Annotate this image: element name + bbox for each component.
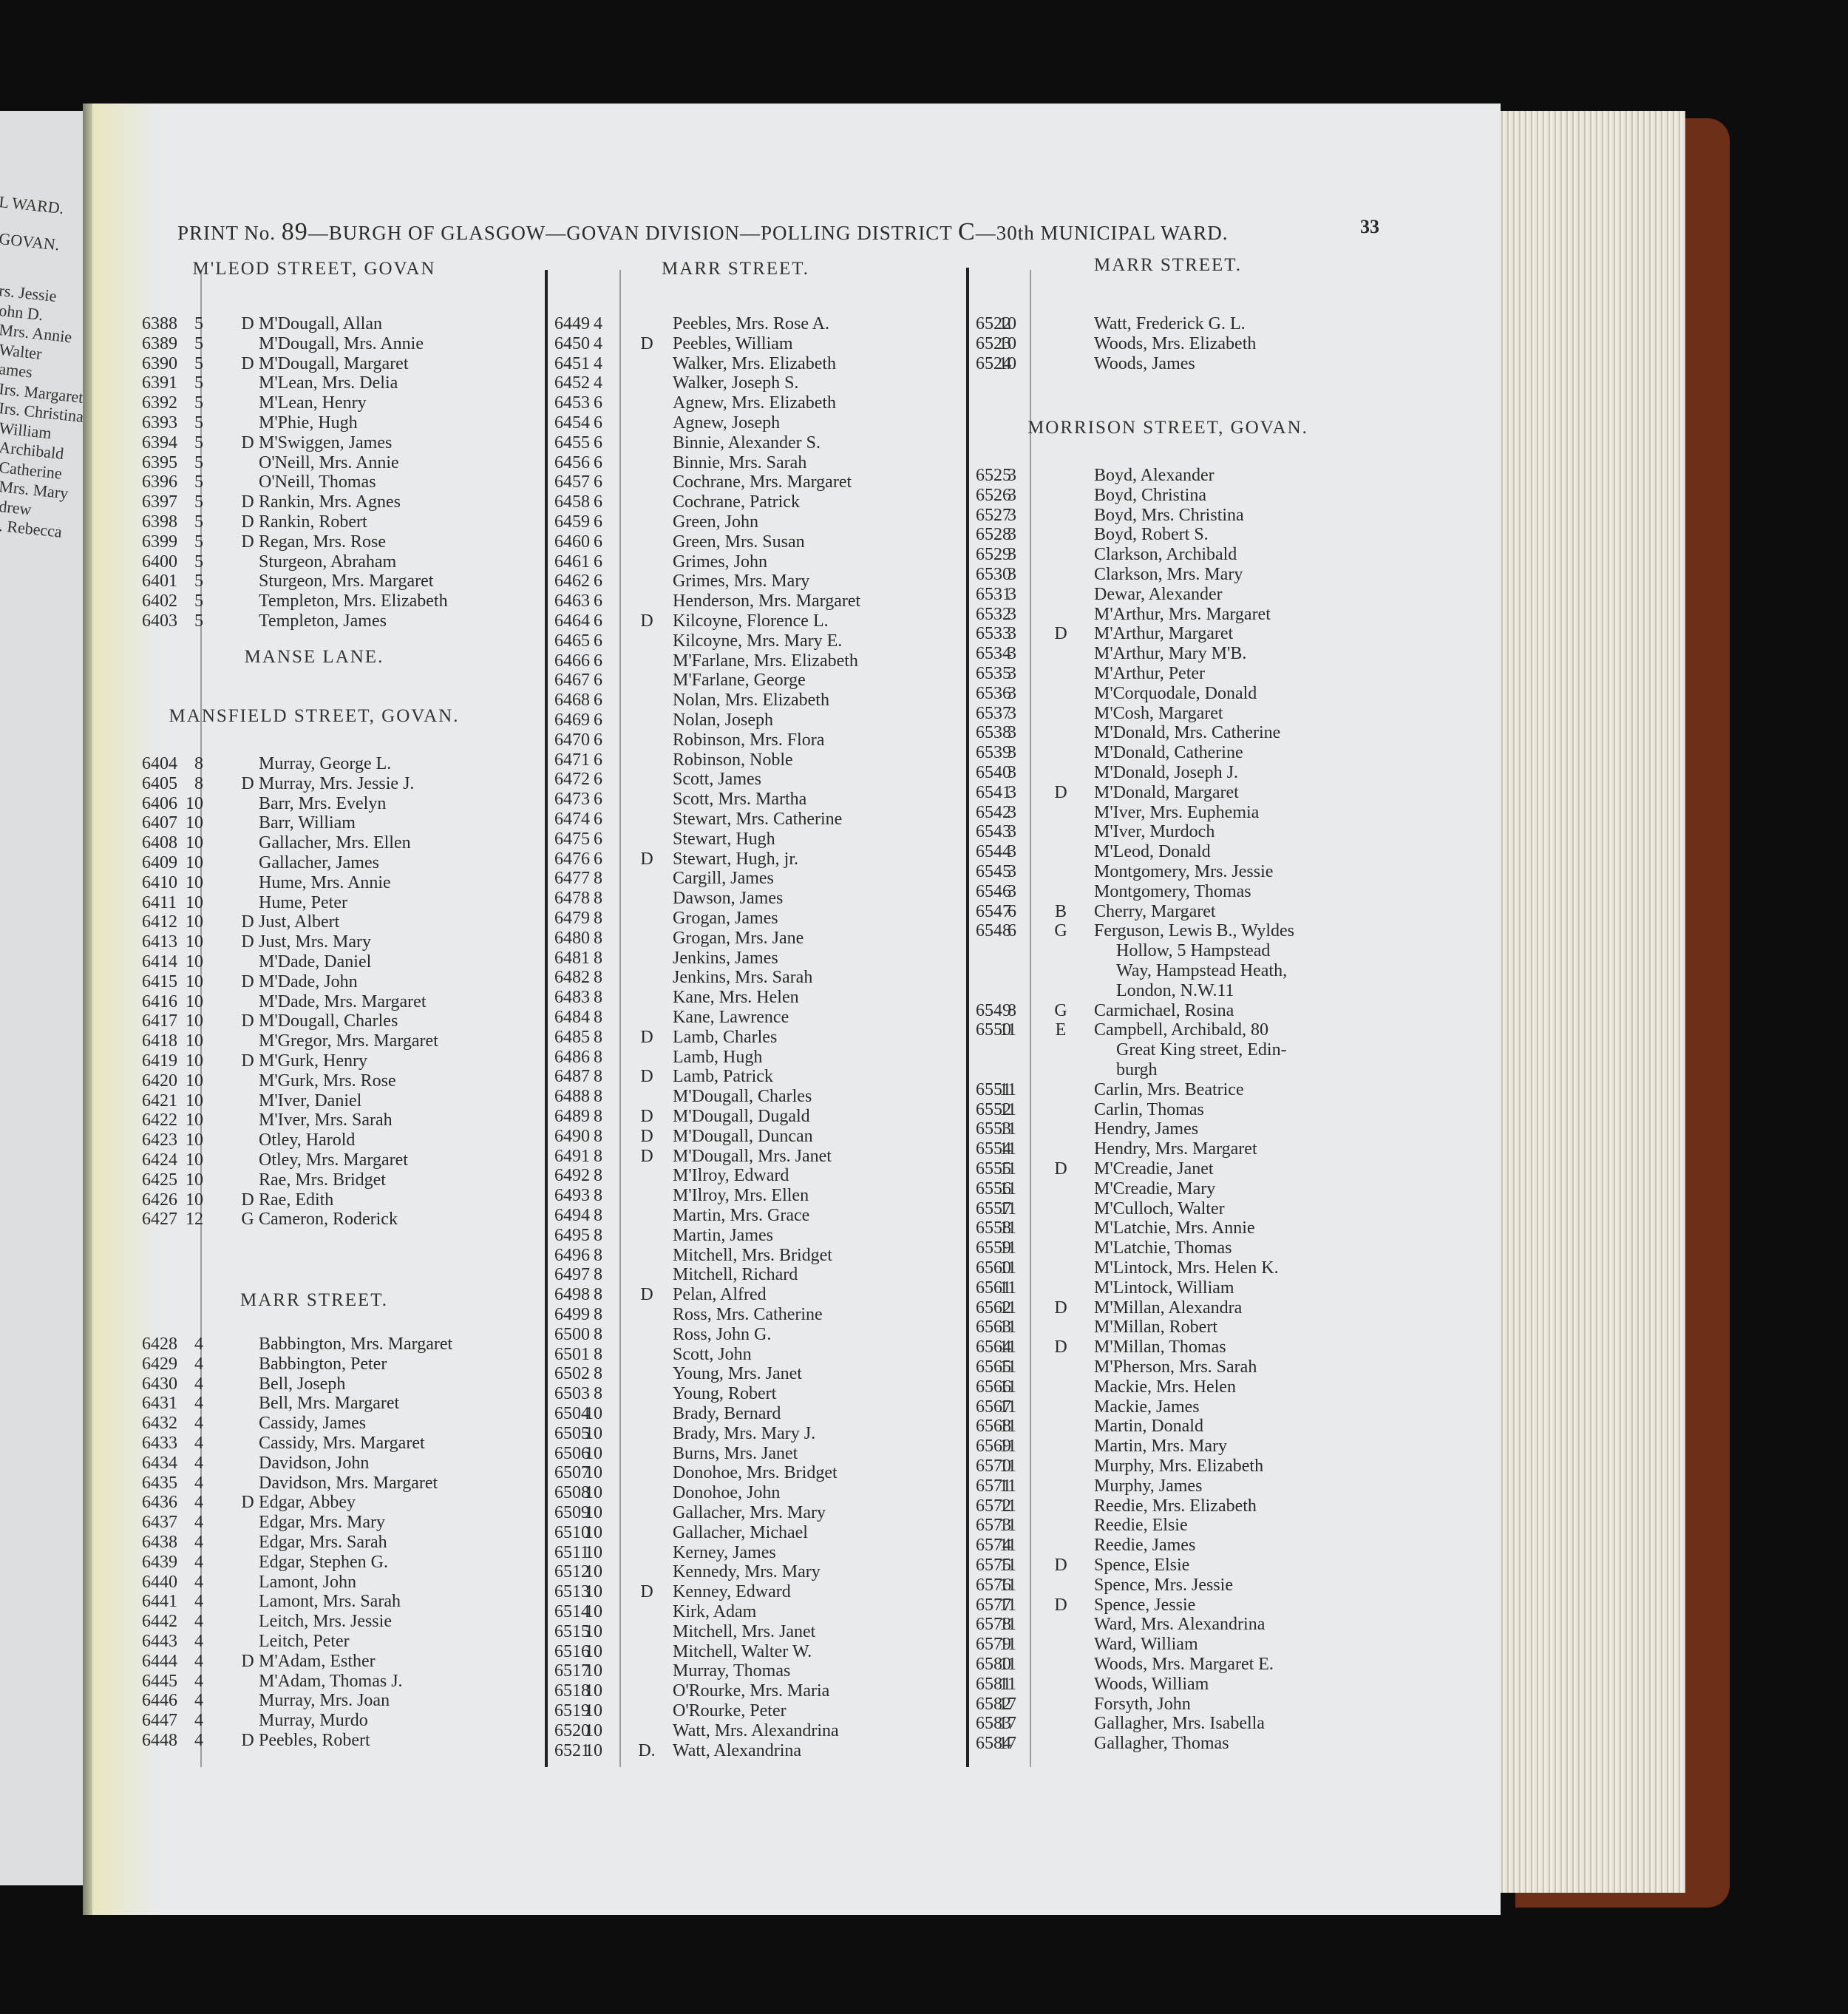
register-entry: 65476BCherry, Margaret [92, 902, 1497, 922]
elector-name: Boyd, Mrs. Christina [1094, 506, 1244, 526]
page-header: PRINT No. 89—BURGH OF GLASGOW—GOVAN DIVI… [177, 218, 1229, 246]
register-entry: 65313Dewar, Alexander [92, 585, 1497, 605]
register-entry: 657111Murphy, James [92, 1476, 1497, 1496]
house-number: 3 [987, 585, 1016, 605]
register-entry: 657611Spence, Mrs. Jessie [92, 1576, 1497, 1596]
house-number: 11 [987, 1020, 1016, 1040]
address-continuation: London, N.W.11 [1116, 981, 1234, 1001]
qualification-flag: B [1050, 902, 1072, 922]
register-entry: 657211Reedie, Mrs. Elizabeth [92, 1496, 1497, 1516]
register-entry: 656911Martin, Mrs. Mary [92, 1437, 1497, 1457]
elector-name: M'Iver, Mrs. Euphemia [1094, 803, 1259, 823]
house-number: 11 [987, 1516, 1016, 1536]
register-entry: 652410Woods, James [92, 354, 1497, 374]
house-number: 3 [987, 723, 1016, 743]
elector-name: Hendry, Mrs. Margaret [1094, 1139, 1257, 1159]
house-number: 11 [987, 1635, 1016, 1655]
elector-name: Mackie, James [1094, 1397, 1200, 1417]
register-entry: 65323M'Arthur, Mrs. Margaret [92, 605, 1497, 625]
house-number: 8 [987, 1001, 1016, 1021]
elector-name: M'Pherson, Mrs. Sarah [1094, 1357, 1257, 1377]
elector-name: Dewar, Alexander [1094, 585, 1223, 605]
elector-name: M'Cosh, Margaret [1094, 704, 1223, 724]
register-entry: 65373M'Cosh, Margaret [92, 704, 1497, 724]
register-entry: 655311Hendry, James [92, 1119, 1497, 1139]
elector-name: Martin, Donald [1094, 1417, 1203, 1437]
elector-name: Boyd, Robert S. [1094, 525, 1209, 545]
elector-name: Boyd, Christina [1094, 486, 1206, 506]
qualification-flag: D [1050, 1596, 1072, 1615]
register-entry: 65463Montgomery, Thomas [92, 882, 1497, 902]
elector-name: M'Donald, Joseph J. [1094, 763, 1238, 783]
house-number: 10 [987, 354, 1016, 374]
register-entry: 65443M'Leod, Donald [92, 842, 1497, 862]
elector-name: M'Arthur, Mrs. Margaret [1094, 605, 1271, 625]
elector-name: Binnie, Alexander S. [673, 433, 821, 453]
register-entry: 657911Ward, William [92, 1635, 1497, 1655]
house-number: 11 [987, 1457, 1016, 1476]
address-continuation: Way, Hampstead Heath, [1116, 961, 1287, 981]
qualification-flag: D [1050, 1298, 1072, 1318]
house-number: 6 [573, 393, 602, 413]
qualification-flag: D [1050, 1337, 1072, 1357]
house-number: 11 [987, 1437, 1016, 1457]
elector-name: Spence, Elsie [1094, 1556, 1189, 1576]
register-entry: 656411DM'Millan, Thomas [92, 1337, 1497, 1357]
house-number: 3 [987, 882, 1016, 902]
house-number: 3 [987, 525, 1016, 545]
elector-name: Cherry, Margaret [1094, 902, 1216, 922]
elector-name: Reedie, Elsie [1094, 1516, 1188, 1536]
house-number: 11 [987, 1298, 1016, 1318]
facing-page-text: drew [0, 497, 33, 519]
elector-name: M'Millan, Robert [1094, 1318, 1217, 1337]
qualification-flag: D [1050, 1159, 1072, 1179]
elector-name: Ferguson, Lewis B., Wyldes [1094, 921, 1294, 941]
elector-name: Mackie, Mrs. Helen [1094, 1377, 1236, 1397]
register-entry: 655811M'Latchie, Mrs. Annie [92, 1218, 1497, 1238]
print-label: PRINT No. [177, 222, 276, 244]
house-number: 11 [987, 1218, 1016, 1238]
register-entry: 65393M'Donald, Catherine [92, 743, 1497, 763]
register-entry: 655711M'Culloch, Walter [92, 1199, 1497, 1219]
print-number: 89 [282, 218, 308, 245]
elector-name: M'Leod, Donald [1094, 842, 1211, 862]
house-number: 4 [573, 373, 602, 393]
page-number: 33 [1360, 216, 1379, 238]
house-number: 11 [987, 1536, 1016, 1556]
facing-page-edge: L WARD.GOVAN.rs. Jessieohn D.Mrs. AnnieW… [0, 111, 92, 1885]
house-number: 11 [987, 1318, 1016, 1337]
elector-name: M'Corquodale, Donald [1094, 684, 1257, 704]
elector-name: Ward, Mrs. Alexandrina [1094, 1615, 1265, 1635]
house-number: 11 [987, 1080, 1016, 1100]
register-entry: 65343M'Arthur, Mary M'B. [92, 644, 1497, 664]
elector-name: M'Culloch, Walter [1094, 1199, 1225, 1219]
house-number: 3 [987, 763, 1016, 783]
elector-name: Jenkins, Mrs. Sarah [673, 968, 812, 988]
house-number: 6 [573, 413, 602, 433]
register-entry: 658217Forsyth, John [92, 1695, 1497, 1715]
elector-name: Murphy, James [1094, 1476, 1202, 1496]
elector-name: Clarkson, Mrs. Mary [1094, 565, 1243, 585]
register-entry: 65353M'Arthur, Peter [92, 664, 1497, 684]
house-number: 11 [987, 1476, 1016, 1496]
house-number: 3 [987, 803, 1016, 823]
house-number: 3 [987, 605, 1016, 625]
house-number: 8 [573, 968, 602, 988]
house-number: 3 [987, 783, 1016, 803]
address-continuation: Great King street, Edin- [1116, 1040, 1287, 1060]
elector-name: M'Creadie, Mary [1094, 1179, 1215, 1199]
elector-name: Campbell, Archibald, 80 [1094, 1020, 1268, 1040]
register-entry: 656611Mackie, Mrs. Helen [92, 1377, 1497, 1397]
register-entry: 64536Agnew, Mrs. Elizabeth [92, 393, 1497, 413]
register-entry: 657011Murphy, Mrs. Elizabeth [92, 1457, 1497, 1476]
address-continuation: Hollow, 5 Hampstead [1116, 941, 1270, 961]
house-number: 6 [987, 902, 1016, 922]
street-heading: M'LEOD STREET, GOVAN [122, 259, 506, 279]
house-number: 17 [987, 1734, 1016, 1754]
house-number: 3 [987, 466, 1016, 486]
register-entry: 65403M'Donald, Joseph J. [92, 763, 1497, 783]
polling-district: C [958, 218, 976, 245]
register-page: PRINT No. 89—BURGH OF GLASGOW—GOVAN DIVI… [92, 104, 1501, 1915]
elector-name: M'Arthur, Margaret [1094, 624, 1233, 644]
register-entry: 652310Woods, Mrs. Elizabeth [92, 334, 1497, 354]
elector-name: M'Creadie, Janet [1094, 1159, 1214, 1179]
qualification-flag: G [1050, 921, 1072, 941]
register-entry: 658011Woods, Mrs. Margaret E. [92, 1655, 1497, 1675]
street-heading: MARR STREET. [961, 255, 1375, 276]
register-entry: 655011ECampbell, Archibald, 80 [92, 1020, 1497, 1040]
elector-name: Ward, William [1094, 1635, 1198, 1655]
house-number: 3 [987, 644, 1016, 664]
elector-name: Clarkson, Archibald [1094, 545, 1237, 565]
house-number: 11 [987, 1139, 1016, 1159]
elector-name: Agnew, Joseph [673, 413, 780, 433]
house-number: 11 [987, 1655, 1016, 1675]
house-number: 11 [987, 1100, 1016, 1120]
register-entry: 65283Boyd, Robert S. [92, 525, 1497, 545]
house-number: 3 [987, 506, 1016, 526]
register-entry: 65498GCarmichael, Rosina [92, 1001, 1497, 1021]
house-number: 3 [987, 862, 1016, 882]
house-number: 11 [987, 1397, 1016, 1417]
elector-name: Carlin, Thomas [1094, 1100, 1204, 1120]
house-number: 11 [987, 1576, 1016, 1596]
register-entry: 655411Hendry, Mrs. Margaret [92, 1139, 1497, 1159]
house-number: 11 [987, 1238, 1016, 1258]
elector-name: Spence, Jessie [1094, 1596, 1195, 1615]
elector-name: Carlin, Mrs. Beatrice [1094, 1080, 1244, 1100]
register-entry: 656511M'Pherson, Mrs. Sarah [92, 1357, 1497, 1377]
register-entry: 657511DSpence, Elsie [92, 1556, 1497, 1576]
register-entry: 65303Clarkson, Mrs. Mary [92, 565, 1497, 585]
house-number: 3 [987, 486, 1016, 506]
elector-name: M'Donald, Mrs. Catherine [1094, 723, 1280, 743]
elector-name: Boyd, Alexander [1094, 466, 1215, 486]
register-entry: 65453Montgomery, Mrs. Jessie [92, 862, 1497, 882]
register-entry: 65333DM'Arthur, Margaret [92, 624, 1497, 644]
elector-name: Watt, Frederick G. L. [1094, 314, 1246, 334]
elector-name: M'Donald, Catherine [1094, 743, 1243, 763]
header-title: —BURGH OF GLASGOW—GOVAN DIVISION—POLLING… [308, 222, 953, 244]
address-continuation: burgh [1116, 1060, 1158, 1080]
house-number: 3 [987, 545, 1016, 565]
house-number: 3 [987, 565, 1016, 585]
house-number: 3 [987, 704, 1016, 724]
register-entry: 65263Boyd, Christina [92, 486, 1497, 506]
elector-name: Agnew, Mrs. Elizabeth [673, 393, 836, 413]
elector-name: Walker, Joseph S. [673, 373, 798, 393]
elector-name: Lamb, Hugh [673, 1048, 762, 1068]
register-entry: 655211Carlin, Thomas [92, 1100, 1497, 1120]
house-number: 6 [573, 433, 602, 453]
elector-name: Gallagher, Mrs. Isabella [1094, 1714, 1265, 1734]
register-entry: 656711Mackie, James [92, 1397, 1497, 1417]
house-number: 11 [987, 1199, 1016, 1219]
qualification-flag: D [1050, 783, 1072, 803]
elector-name: Reedie, Mrs. Elizabeth [1094, 1496, 1257, 1516]
elector-name: Woods, James [1094, 354, 1195, 374]
house-number: 3 [987, 743, 1016, 763]
register-entry: 657811Ward, Mrs. Alexandrina [92, 1615, 1497, 1635]
register-entry: 656111M'Lintock, William [92, 1278, 1497, 1298]
register-entry: 65423M'Iver, Mrs. Euphemia [92, 803, 1497, 823]
register-entry: 65253Boyd, Alexander [92, 466, 1497, 486]
elector-name: Woods, Mrs. Margaret E. [1094, 1655, 1274, 1675]
house-number: 11 [987, 1377, 1016, 1397]
register-entry: 656811Martin, Donald [92, 1417, 1497, 1437]
register-entry: 658111Woods, William [92, 1675, 1497, 1695]
register-entry: 65383M'Donald, Mrs. Catherine [92, 723, 1497, 743]
facing-page-text: . Rebecca [0, 516, 63, 542]
qualification-flag: D [1050, 1556, 1072, 1576]
elector-name: M'Latchie, Mrs. Annie [1094, 1218, 1255, 1238]
house-number: 3 [987, 842, 1016, 862]
ward-label: —30th MUNICIPAL WARD. [976, 222, 1229, 244]
elector-name: M'Latchie, Thomas [1094, 1238, 1232, 1258]
elector-name: Spence, Mrs. Jessie [1094, 1576, 1233, 1596]
elector-name: Montgomery, Thomas [1094, 882, 1251, 902]
house-number: 11 [987, 1417, 1016, 1437]
elector-name: Carmichael, Rosina [1094, 1001, 1234, 1021]
elector-name: Gallagher, Thomas [1094, 1734, 1229, 1754]
house-number: 11 [987, 1596, 1016, 1615]
register-entry: 657711DSpence, Jessie [92, 1596, 1497, 1615]
house-number: 11 [987, 1337, 1016, 1357]
elector-name: M'Arthur, Mary M'B. [1094, 644, 1246, 664]
register-entry: 656311M'Millan, Robert [92, 1318, 1497, 1337]
elector-name: Martin, Mrs. Mary [1094, 1437, 1227, 1457]
house-number: 3 [987, 684, 1016, 704]
register-entry: 65433M'Iver, Murdoch [92, 822, 1497, 842]
register-entry: 65413DM'Donald, Margaret [92, 783, 1497, 803]
elector-name: Forsyth, John [1094, 1695, 1191, 1715]
house-number: 11 [987, 1119, 1016, 1139]
register-entry: 655911M'Latchie, Thomas [92, 1238, 1497, 1258]
house-number: 10 [987, 314, 1016, 334]
register-entry: 658317Gallagher, Mrs. Isabella [92, 1714, 1497, 1734]
facing-page-text: GOVAN. [0, 229, 61, 254]
register-entry: 658417Gallagher, Thomas [92, 1734, 1497, 1754]
house-number: 11 [987, 1179, 1016, 1199]
qualification-flag: G [1050, 1001, 1072, 1021]
elector-name: M'Arthur, Peter [1094, 664, 1205, 684]
page-edges [1493, 111, 1685, 1893]
register-entry: 656011M'Lintock, Mrs. Helen K. [92, 1258, 1497, 1278]
elector-name: Murphy, Mrs. Elizabeth [1094, 1457, 1263, 1476]
house-number: 17 [987, 1695, 1016, 1715]
elector-name: Woods, William [1094, 1675, 1209, 1695]
house-number: 8 [573, 949, 602, 969]
register-entry: 657411Reedie, James [92, 1536, 1497, 1556]
register-entry: 65486GFerguson, Lewis B., Wyldes [92, 921, 1497, 941]
register-entry: 64524Walker, Joseph S. [92, 373, 1497, 393]
register-entry: 656211DM'Millan, Alexandra [92, 1298, 1497, 1318]
register-entry: 657311Reedie, Elsie [92, 1516, 1497, 1536]
house-number: 3 [987, 624, 1016, 644]
elector-name: Montgomery, Mrs. Jessie [1094, 862, 1273, 882]
elector-name: Hendry, James [1094, 1119, 1198, 1139]
register-entry: 65273Boyd, Mrs. Christina [92, 506, 1497, 526]
elector-name: M'Lintock, William [1094, 1278, 1234, 1298]
qualification-flag: E [1050, 1020, 1072, 1040]
elector-name: Jenkins, James [673, 949, 778, 969]
elector-name: M'Millan, Alexandra [1094, 1298, 1242, 1318]
house-number: 11 [987, 1615, 1016, 1635]
elector-name: M'Donald, Margaret [1094, 783, 1239, 803]
house-number: 8 [573, 1048, 602, 1068]
elector-name: Woods, Mrs. Elizabeth [1094, 334, 1256, 354]
register-entry: 65363M'Corquodale, Donald [92, 684, 1497, 704]
house-number: 6 [987, 921, 1016, 941]
house-number: 10 [987, 334, 1016, 354]
register-entry: 655111Carlin, Mrs. Beatrice [92, 1080, 1497, 1100]
elector-name: M'Iver, Murdoch [1094, 822, 1215, 842]
street-heading: MARR STREET. [588, 259, 883, 279]
street-heading: MORRISON STREET, GOVAN. [961, 418, 1375, 438]
house-number: 3 [987, 664, 1016, 684]
elector-name: M'Lintock, Mrs. Helen K. [1094, 1258, 1279, 1278]
register-entry: 65293Clarkson, Archibald [92, 545, 1497, 565]
register-entry: 655611M'Creadie, Mary [92, 1179, 1497, 1199]
house-number: 11 [987, 1357, 1016, 1377]
house-number: 11 [987, 1159, 1016, 1179]
house-number: 11 [987, 1675, 1016, 1695]
facing-page-text: L WARD. [0, 192, 65, 218]
house-number: 17 [987, 1714, 1016, 1734]
house-number: 11 [987, 1496, 1016, 1516]
elector-name: M'Millan, Thomas [1094, 1337, 1226, 1357]
facing-page-text: ames [0, 359, 33, 382]
house-number: 11 [987, 1278, 1016, 1298]
house-number: 11 [987, 1556, 1016, 1576]
house-number: 3 [987, 822, 1016, 842]
house-number: 11 [987, 1258, 1016, 1278]
register-entry: 655511DM'Creadie, Janet [92, 1159, 1497, 1179]
register-entry: 652210Watt, Frederick G. L. [92, 314, 1497, 334]
elector-name: Reedie, James [1094, 1536, 1195, 1556]
qualification-flag: D [1050, 624, 1072, 644]
